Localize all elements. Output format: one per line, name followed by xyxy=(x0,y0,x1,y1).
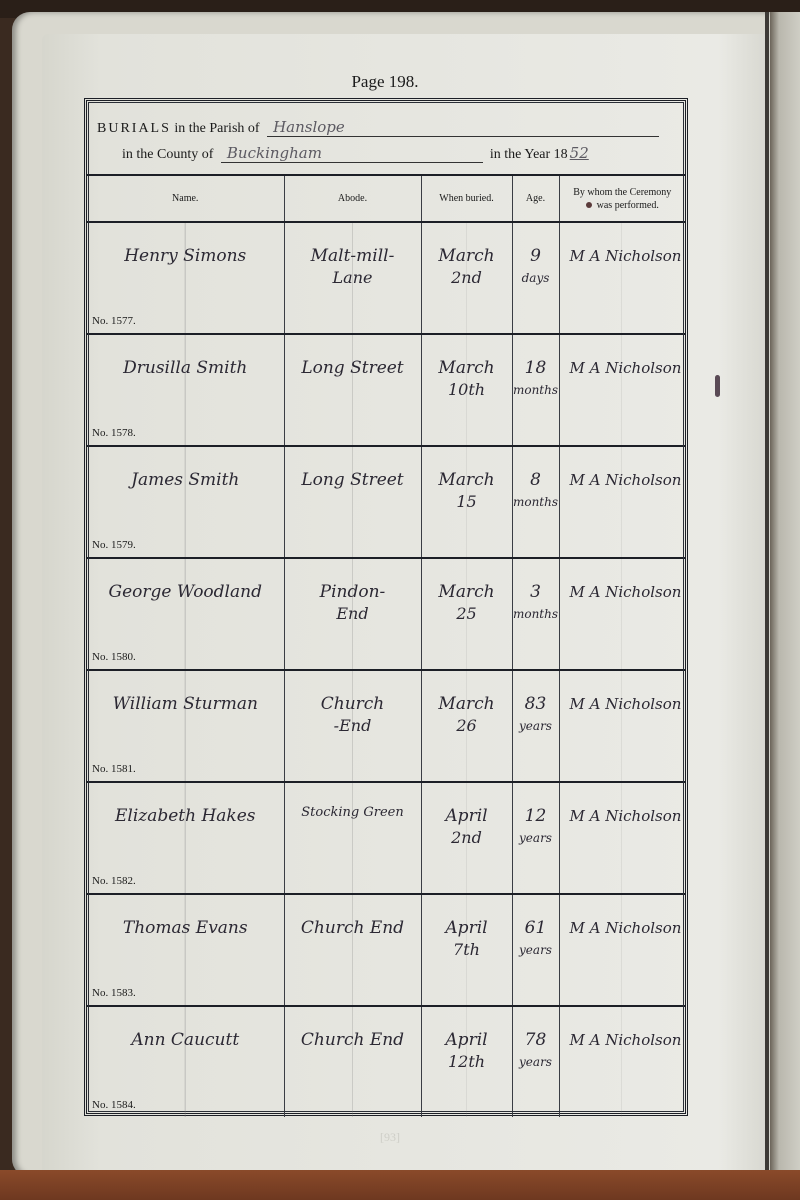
table-row: Ann CaucuttNo. 1584. Church End April12t… xyxy=(87,1006,685,1117)
ceremony-header-line1: By whom the Ceremony xyxy=(573,187,671,198)
when-buried-cell: March2nd xyxy=(421,222,512,334)
year-value: 52 xyxy=(568,144,592,162)
ink-blot xyxy=(715,375,720,397)
entry-minister: M A Nicholson xyxy=(560,469,686,491)
abode-cell: Church End xyxy=(284,894,421,1006)
entry-abode: Stocking Green xyxy=(301,805,403,820)
age-cell: 18months xyxy=(512,334,559,446)
abode-cell: Church End xyxy=(284,1006,421,1117)
ceremony-header-line2: was performed. xyxy=(597,200,659,211)
entry-abode: Long Street xyxy=(301,470,403,490)
entry-number: No. 1579. xyxy=(92,539,136,551)
abode-cell: Malt-mill-Lane xyxy=(284,222,421,334)
heading-county-line: in the County of Buckingham in the Year … xyxy=(122,144,592,163)
entry-month: April xyxy=(445,1030,487,1050)
entry-month: March xyxy=(438,246,494,266)
entry-age: 12 xyxy=(525,806,547,826)
name-cell: Thomas EvansNo. 1583. xyxy=(87,894,284,1006)
entry-day: 2nd xyxy=(422,827,512,849)
entry-name: Thomas Evans xyxy=(87,917,284,939)
year-prefix: in the Year 18 xyxy=(490,147,568,162)
age-cell: 61years xyxy=(512,894,559,1006)
when-buried-cell: March10th xyxy=(421,334,512,446)
when-buried-cell: April7th xyxy=(421,894,512,1006)
burial-register-table: BURIALS in the Parish of Hanslope in the… xyxy=(84,98,688,1116)
page-footer-stamp: [93] xyxy=(380,1130,400,1145)
name-cell: James SmithNo. 1579. xyxy=(87,446,284,558)
when-buried-cell: April12th xyxy=(421,1006,512,1117)
entry-abode-line2: -End xyxy=(285,715,421,737)
entry-month: March xyxy=(438,582,494,602)
entry-abode: Long Street xyxy=(301,358,403,378)
entry-abode: Church End xyxy=(301,1030,404,1050)
entry-abode: Malt-mill- xyxy=(311,246,395,266)
table-row: George WoodlandNo. 1580. Pindon-End Marc… xyxy=(87,558,685,670)
ceremony-cell: M A Nicholson xyxy=(559,334,685,446)
ceremony-cell: M A Nicholson xyxy=(559,1006,685,1117)
entry-age: 8 xyxy=(530,470,541,490)
entry-name: James Smith xyxy=(87,469,284,491)
parish-prefix: in the Parish of xyxy=(174,121,259,136)
column-header-abode: Abode. xyxy=(284,176,421,222)
entry-minister: M A Nicholson xyxy=(560,581,686,603)
ceremony-cell: M A Nicholson xyxy=(559,222,685,334)
table-row: Henry SimonsNo. 1577. Malt-mill-Lane Mar… xyxy=(87,222,685,334)
when-buried-cell: April2nd xyxy=(421,782,512,894)
register-heading: BURIALS in the Parish of Hanslope in the… xyxy=(87,101,685,176)
ink-dot-icon xyxy=(586,202,592,208)
name-cell: George WoodlandNo. 1580. xyxy=(87,558,284,670)
parish-value: Hanslope xyxy=(267,118,659,137)
entry-number: No. 1577. xyxy=(92,315,136,327)
page-number: Page 198. xyxy=(0,72,770,92)
ceremony-cell: M A Nicholson xyxy=(559,894,685,1006)
column-header-age: Age. xyxy=(512,176,559,222)
entry-age: 18 xyxy=(525,358,547,378)
entry-name: William Sturman xyxy=(87,693,284,715)
facing-page-edge xyxy=(770,12,800,1177)
entry-age: 83 xyxy=(525,694,547,714)
table-row: William SturmanNo. 1581. Church-End Marc… xyxy=(87,670,685,782)
entry-day: 10th xyxy=(422,379,512,401)
name-cell: William SturmanNo. 1581. xyxy=(87,670,284,782)
entry-age: 61 xyxy=(525,918,547,938)
age-cell: 12years xyxy=(512,782,559,894)
entry-number: No. 1584. xyxy=(92,1099,136,1111)
entry-name: Drusilla Smith xyxy=(87,357,284,379)
table-row: Drusilla SmithNo. 1578. Long Street Marc… xyxy=(87,334,685,446)
entry-minister: M A Nicholson xyxy=(560,245,686,267)
when-buried-cell: March25 xyxy=(421,558,512,670)
name-cell: Drusilla SmithNo. 1578. xyxy=(87,334,284,446)
entry-month: March xyxy=(438,470,494,490)
entry-minister: M A Nicholson xyxy=(560,917,686,939)
entry-month: March xyxy=(438,694,494,714)
entry-age-unit: years xyxy=(513,827,559,849)
abode-cell: Long Street xyxy=(284,446,421,558)
entry-age-unit: months xyxy=(513,491,559,513)
abode-cell: Church-End xyxy=(284,670,421,782)
ceremony-cell: M A Nicholson xyxy=(559,670,685,782)
entry-minister: M A Nicholson xyxy=(560,357,686,379)
entry-abode: Church xyxy=(321,694,385,714)
age-cell: 3months xyxy=(512,558,559,670)
entry-name: George Woodland xyxy=(87,581,284,603)
entry-abode: Pindon- xyxy=(320,582,386,602)
entry-abode: Church End xyxy=(301,918,404,938)
entry-age-unit: months xyxy=(513,603,559,625)
entry-number: No. 1582. xyxy=(92,875,136,887)
entry-day: 26 xyxy=(422,715,512,737)
entry-day: 2nd xyxy=(422,267,512,289)
abode-cell: Stocking Green xyxy=(284,782,421,894)
entry-day: 25 xyxy=(422,603,512,625)
county-prefix: in the County of xyxy=(122,147,213,162)
entry-age-unit: days xyxy=(513,267,559,289)
entry-age: 3 xyxy=(530,582,541,602)
column-header-when-buried: When buried. xyxy=(421,176,512,222)
table-row: Thomas EvansNo. 1583. Church End April7t… xyxy=(87,894,685,1006)
entry-minister: M A Nicholson xyxy=(560,693,686,715)
ceremony-cell: M A Nicholson xyxy=(559,782,685,894)
entry-month: March xyxy=(438,358,494,378)
entry-name: Ann Caucutt xyxy=(87,1029,284,1051)
entry-name: Henry Simons xyxy=(87,245,284,267)
entry-minister: M A Nicholson xyxy=(560,805,686,827)
column-header-name: Name. xyxy=(87,176,284,222)
county-value: Buckingham xyxy=(221,144,483,163)
entry-age-unit: years xyxy=(513,715,559,737)
entry-age: 78 xyxy=(525,1030,547,1050)
entry-number: No. 1583. xyxy=(92,987,136,999)
name-cell: Henry SimonsNo. 1577. xyxy=(87,222,284,334)
age-cell: 9days xyxy=(512,222,559,334)
entry-month: April xyxy=(445,918,487,938)
abode-cell: Pindon-End xyxy=(284,558,421,670)
entry-age-unit: months xyxy=(513,379,559,401)
column-header-ceremony: By whom the Ceremony was performed. xyxy=(559,176,685,222)
entry-age-unit: years xyxy=(513,1051,559,1073)
burials-label: BURIALS xyxy=(97,121,171,136)
entry-month: April xyxy=(445,806,487,826)
entry-abode-line2: Lane xyxy=(285,267,421,289)
entry-age: 9 xyxy=(530,246,541,266)
entry-number: No. 1580. xyxy=(92,651,136,663)
age-cell: 83years xyxy=(512,670,559,782)
age-cell: 8months xyxy=(512,446,559,558)
entry-day: 7th xyxy=(422,939,512,961)
entry-abode-line2: End xyxy=(285,603,421,625)
name-cell: Elizabeth HakesNo. 1582. xyxy=(87,782,284,894)
entry-number: No. 1578. xyxy=(92,427,136,439)
abode-cell: Long Street xyxy=(284,334,421,446)
table-row: James SmithNo. 1579. Long Street March15… xyxy=(87,446,685,558)
table-row: Elizabeth HakesNo. 1582. Stocking Green … xyxy=(87,782,685,894)
column-header-row: Name. Abode. When buried. Age. By whom t… xyxy=(87,176,685,222)
entry-age-unit: years xyxy=(513,939,559,961)
name-cell: Ann CaucuttNo. 1584. xyxy=(87,1006,284,1117)
entries-table: Name. Abode. When buried. Age. By whom t… xyxy=(87,176,685,1117)
entry-minister: M A Nicholson xyxy=(560,1029,686,1051)
entry-number: No. 1581. xyxy=(92,763,136,775)
entry-day: 15 xyxy=(422,491,512,513)
wooden-desk xyxy=(0,1170,800,1200)
when-buried-cell: March15 xyxy=(421,446,512,558)
when-buried-cell: March26 xyxy=(421,670,512,782)
entry-name: Elizabeth Hakes xyxy=(87,805,284,827)
book-gutter xyxy=(765,12,769,1177)
entry-day: 12th xyxy=(422,1051,512,1073)
age-cell: 78years xyxy=(512,1006,559,1117)
ceremony-cell: M A Nicholson xyxy=(559,558,685,670)
ceremony-cell: M A Nicholson xyxy=(559,446,685,558)
heading-parish-line: BURIALS in the Parish of Hanslope xyxy=(97,118,659,137)
